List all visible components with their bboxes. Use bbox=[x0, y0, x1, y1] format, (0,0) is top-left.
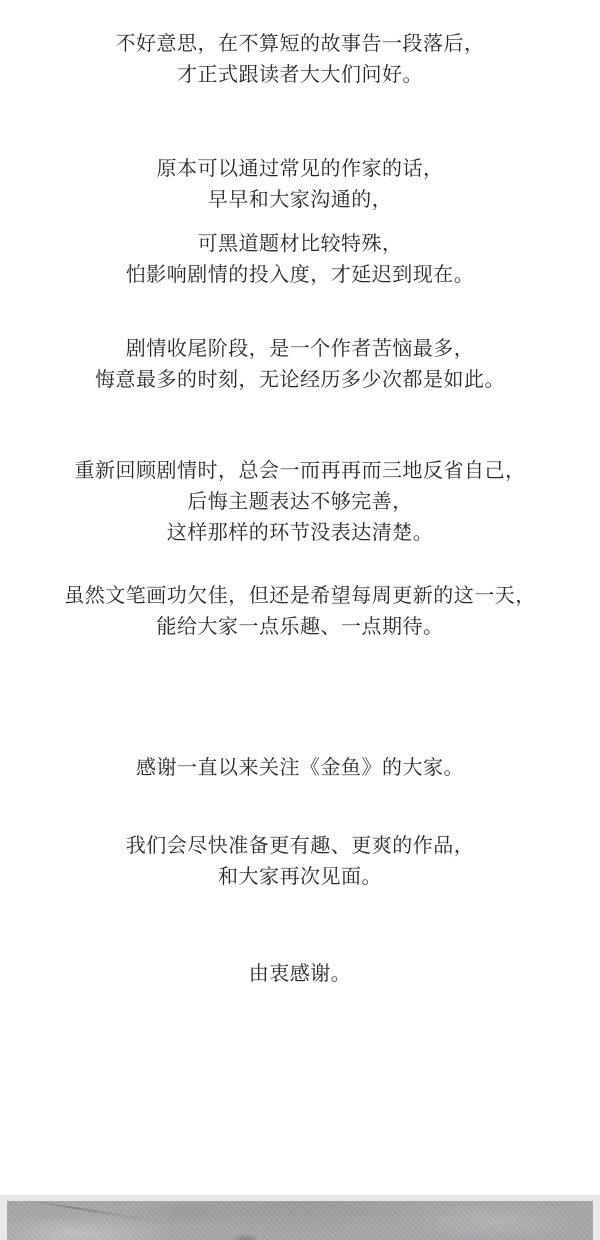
text-line: 可黑道题材比较特殊， bbox=[0, 228, 600, 259]
text-line: 这样那样的环节没表达清楚。 bbox=[0, 517, 600, 548]
text-line: 和大家再次见面。 bbox=[0, 861, 600, 892]
texture-figure-blob bbox=[229, 1234, 261, 1240]
text-line: 重新回顾剧情时，总会一而再再而三地反省自己， bbox=[0, 455, 600, 486]
paragraph-genre-reason: 可黑道题材比较特殊， 怕影响剧情的投入度，才延迟到现在。 bbox=[0, 228, 600, 290]
texture-scratch-line bbox=[26, 1201, 174, 1224]
text-line: 我们会尽快准备更有趣、更爽的作品， bbox=[0, 830, 600, 861]
text-line: 感谢一直以来关注《金鱼》的大家。 bbox=[0, 752, 600, 783]
next-panel-band bbox=[0, 1195, 600, 1240]
paragraph-authors-words: 原本可以通过常见的作家的话， 早早和大家沟通的， bbox=[0, 153, 600, 215]
text-line: 不好意思，在不算短的故事告一段落后， bbox=[0, 28, 600, 59]
text-line: 悔意最多的时刻，无论经历多少次都是如此。 bbox=[0, 364, 600, 395]
paragraph-sincere-thanks: 由衷感谢。 bbox=[0, 958, 600, 989]
afterword-page: 不好意思，在不算短的故事告一段落后， 才正式跟读者大大们问好。 原本可以通过常见… bbox=[0, 0, 600, 1240]
text-line: 后悔主题表达不够完善， bbox=[0, 486, 600, 517]
text-line: 才正式跟读者大大们问好。 bbox=[0, 59, 600, 90]
paragraph-weekly-hope: 虽然文笔画功欠佳，但还是希望每周更新的这一天， 能给大家一点乐趣、一点期待。 bbox=[0, 580, 600, 642]
paragraph-next-work: 我们会尽快准备更有趣、更爽的作品， 和大家再次见面。 bbox=[0, 830, 600, 892]
text-line: 由衷感谢。 bbox=[0, 958, 600, 989]
text-line: 能给大家一点乐趣、一点期待。 bbox=[0, 611, 600, 642]
next-panel-image bbox=[7, 1201, 593, 1240]
text-line: 原本可以通过常见的作家的话， bbox=[0, 153, 600, 184]
paragraph-greeting: 不好意思，在不算短的故事告一段落后， 才正式跟读者大大们问好。 bbox=[0, 28, 600, 90]
text-line: 虽然文笔画功欠佳，但还是希望每周更新的这一天， bbox=[0, 580, 600, 611]
paragraph-reflection: 重新回顾剧情时，总会一而再再而三地反省自己， 后悔主题表达不够完善， 这样那样的… bbox=[0, 455, 600, 548]
text-line: 剧情收尾阶段，是一个作者苦恼最多， bbox=[0, 333, 600, 364]
text-line: 早早和大家沟通的， bbox=[0, 184, 600, 215]
text-line: 怕影响剧情的投入度，才延迟到现在。 bbox=[0, 259, 600, 290]
paragraph-thanks-goldfish: 感谢一直以来关注《金鱼》的大家。 bbox=[0, 752, 600, 783]
paragraph-ending-stage: 剧情收尾阶段，是一个作者苦恼最多， 悔意最多的时刻，无论经历多少次都是如此。 bbox=[0, 333, 600, 395]
